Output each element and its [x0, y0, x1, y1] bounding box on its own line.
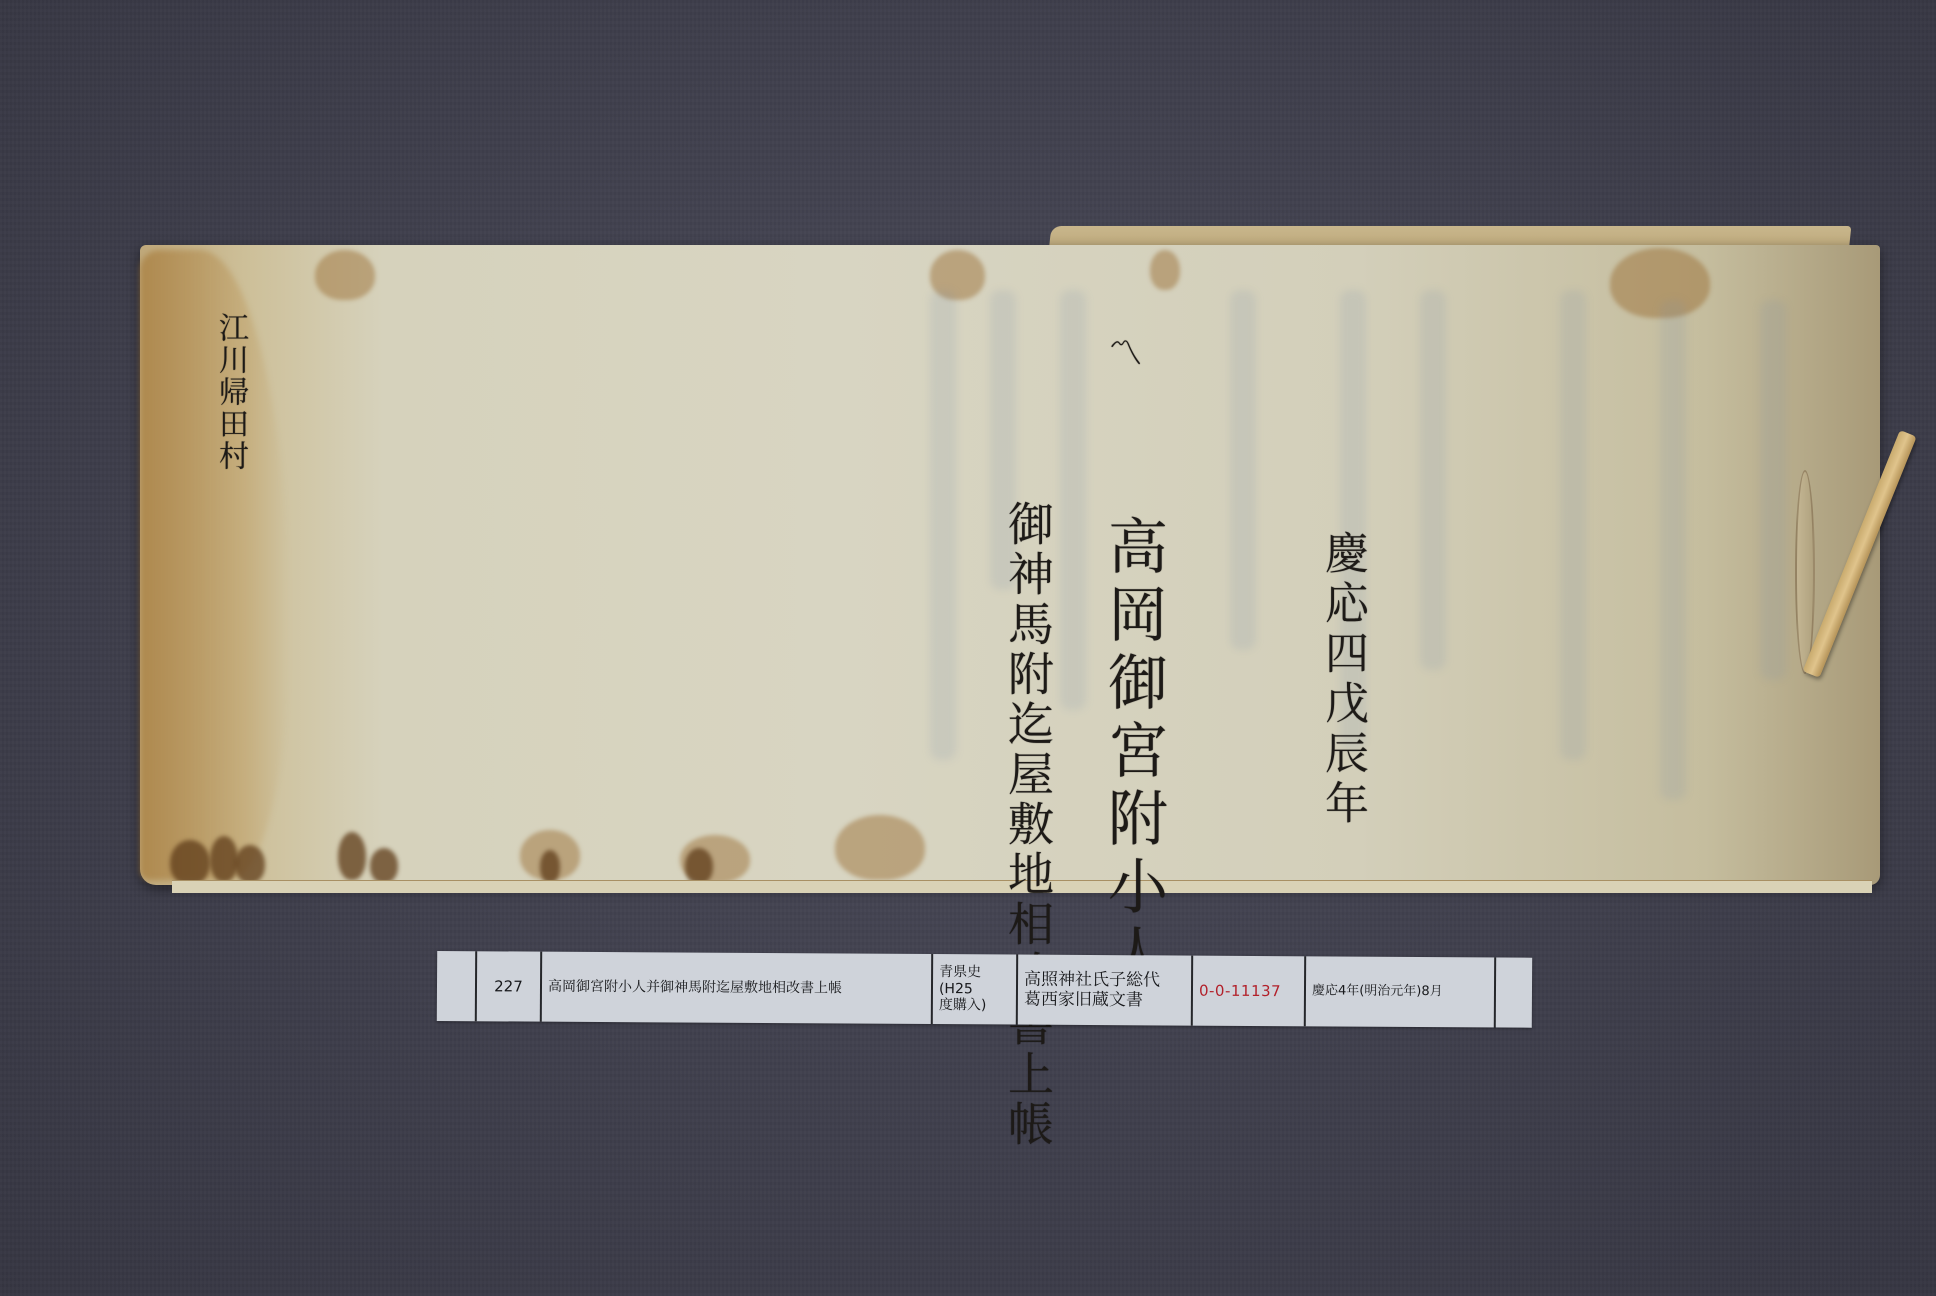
stain	[235, 845, 265, 883]
label-number: 227	[477, 951, 542, 1021]
label-date: 慶応4年(明治元年)8月	[1306, 956, 1496, 1027]
stain	[370, 848, 398, 883]
label-collection: 高照神社氏子総代 葛西家旧蔵文書	[1018, 955, 1193, 1026]
catalog-label: 227 高岡御宮附小人并御神馬附迄屋敷地相改書上帳 青県史(H25 度購入) 高…	[437, 951, 1532, 1028]
stain	[540, 850, 560, 883]
stain	[685, 848, 713, 884]
stain	[170, 840, 210, 885]
show-through-text	[1060, 290, 1086, 710]
show-through-text	[1230, 290, 1256, 650]
stain	[210, 836, 238, 882]
show-through-text	[1760, 300, 1786, 680]
title-column-2: 御神馬附迄屋敷地相改書上帳	[995, 500, 1061, 1150]
stain	[315, 250, 375, 300]
title-column-1: 高岡御宮附小人	[1090, 515, 1176, 991]
label-title: 高岡御宮附小人并御神馬附迄屋敷地相改書上帳	[542, 952, 933, 1024]
show-through-text	[1560, 290, 1586, 760]
label-blank-cell	[1496, 957, 1532, 1027]
date-column: 慶応四戊辰年	[1310, 530, 1374, 830]
binding-slit	[1795, 470, 1815, 674]
stain	[835, 815, 925, 880]
opening-mark: 〽	[1098, 335, 1147, 375]
show-through-text	[1420, 290, 1446, 670]
stain	[1150, 250, 1180, 290]
show-through-text	[1660, 300, 1686, 800]
label-blank-cell	[437, 951, 477, 1021]
label-catalog-id: 0-0-11137	[1193, 956, 1306, 1027]
label-source: 青県史(H25 度購入)	[933, 954, 1018, 1025]
stain	[338, 832, 366, 880]
show-through-text	[930, 290, 956, 760]
left-signature: 江川帰田村	[208, 312, 252, 472]
